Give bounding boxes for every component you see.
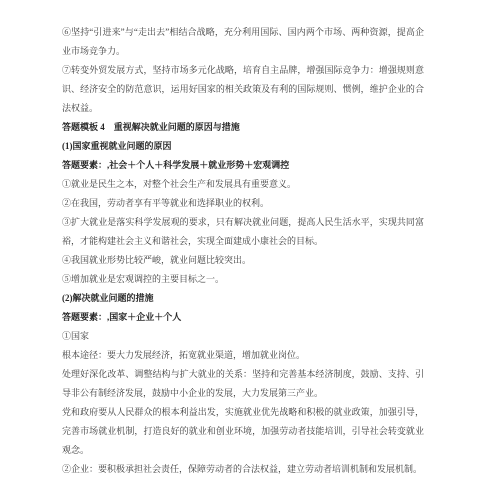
paragraph-party-government: 党和政府要从人民群众的根本利益出发，实施就业优先战略和积极的就业政策，加强引导，…: [62, 403, 424, 460]
subheading-reason-title: (1)国家重视就业问题的原因: [62, 137, 424, 156]
paragraph-reason-5: ⑤增加就业是宏观调控的主要目标之一。: [62, 270, 424, 289]
answer-elements-measures: 答题要素：,国家＋企业＋个人: [62, 308, 424, 327]
paragraph-state-label: ①国家: [62, 327, 424, 346]
paragraph-reform-relation: 处理好深化改革、调整结构与扩大就业的关系：坚持和完善基本经济制度，鼓励、支持、引…: [62, 365, 424, 403]
document-body: ⑥坚持“引进来”与“走出去”相结合战略，充分利用国际、国内两个市场、两种资源，提…: [62, 23, 424, 479]
paragraph-reason-1: ①就业是民生之本，对整个社会生产和发展具有重要意义。: [62, 175, 424, 194]
paragraph-fundamental-approach: 根本途径：要大力发展经济，拓宽就业渠道，增加就业岗位。: [62, 346, 424, 365]
subheading-measures-title: (2)解决就业问题的措施: [62, 289, 424, 308]
answer-elements-reason: 答题要素：,社会＋个人＋科学发展＋就业形势＋宏观调控: [62, 156, 424, 175]
paragraph-point-7: ⑦转变外贸发展方式，坚持市场多元化战略，培育自主品牌，增强国际竞争力：增强规则意…: [62, 61, 424, 118]
document-page: ⑥坚持“引进来”与“走出去”相结合战略，充分利用国际、国内两个市场、两种资源，提…: [0, 0, 480, 480]
heading-answer-template-4: 答题模板 4 重视解决就业问题的原因与措施: [62, 118, 424, 137]
paragraph-enterprise: ②企业：要积极承担社会责任，保障劳动者的合法权益，建立劳动者培训机制和发展机制。: [62, 460, 424, 479]
paragraph-reason-3: ③扩大就业是落实科学发展观的要求，只有解决就业问题，提高人民生活水平，实现共同富…: [62, 213, 424, 251]
paragraph-reason-2: ②在我国，劳动者享有平等就业和选择职业的权利。: [62, 194, 424, 213]
paragraph-point-6: ⑥坚持“引进来”与“走出去”相结合战略，充分利用国际、国内两个市场、两种资源，提…: [62, 23, 424, 61]
paragraph-reason-4: ④我国就业形势比较严峻，就业问题比较突出。: [62, 251, 424, 270]
